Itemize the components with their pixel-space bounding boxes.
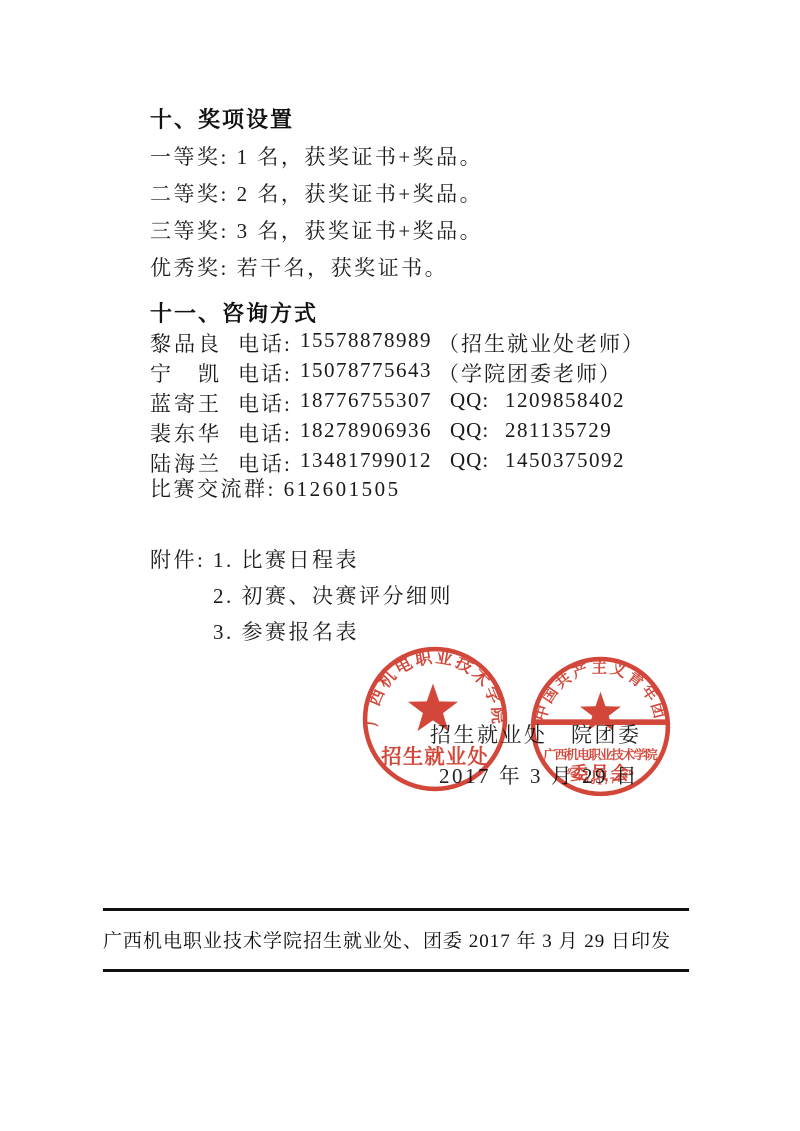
consult-heading: 十一、咨询方式 (150, 297, 318, 328)
contact-qq-label: QQ: (450, 448, 489, 473)
attachments-label: 附件: (150, 544, 205, 574)
seal-youth-league: 中国共产主义青年团 广西机电职业技术学院 委员会 81000177344 (529, 654, 672, 800)
contact-qq-label: QQ: (450, 418, 489, 443)
contact-phone: 18278906936 (300, 418, 432, 443)
award-line-4: 优秀奖: 若干名，获奖证书。 (150, 253, 448, 283)
contact-note: （招生就业处老师） (438, 328, 645, 358)
contact-name: 宁 凯 (150, 358, 222, 388)
awards-heading: 十、奖项设置 (150, 103, 294, 134)
contact-qq: 1450375092 (505, 448, 625, 473)
contact-name: 黎品良 (150, 328, 222, 358)
award-line-3: 三等奖: 3 名，获奖证书+奖品。 (150, 216, 483, 246)
attachment-item-3: 3. 参赛报名表 (213, 616, 359, 646)
contact-phone: 15578878989 (300, 328, 432, 353)
contact-phone-label: 电话: (238, 358, 292, 388)
contact-name: 蓝寄王 (150, 388, 222, 418)
attachment-item-1: 1. 比赛日程表 (213, 544, 359, 574)
contact-phone: 15078775643 (300, 358, 432, 383)
footer-rule-top (103, 908, 689, 911)
document-page: 十、奖项设置 一等奖: 1 名，获奖证书+奖品。 二等奖: 2 名，获奖证书+奖… (0, 0, 800, 1131)
contact-qq: 1209858402 (505, 388, 625, 413)
seal-bottom-text: 招生就业处 (381, 745, 488, 769)
contact-phone-label: 电话: (238, 418, 292, 448)
contact-qq: 281135729 (505, 418, 612, 443)
contact-qq-label: QQ: (450, 388, 489, 413)
seal-org-line: 广西机电职业技术学院 (543, 747, 658, 762)
contact-phone-label: 电话: (238, 328, 292, 358)
award-line-1: 一等奖: 1 名，获奖证书+奖品。 (150, 142, 483, 172)
footer-rule-bottom (103, 969, 689, 972)
attachment-item-2: 2. 初赛、决赛评分细则 (213, 580, 453, 610)
contact-note: （学院团委老师） (438, 358, 622, 388)
award-line-2: 二等奖: 2 名，获奖证书+奖品。 (150, 179, 483, 209)
contact-phone-label: 电话: (238, 388, 292, 418)
seal-admissions-office: 广西机电职业技术学院 招生就业处 (358, 645, 512, 793)
contact-phone: 13481799012 (300, 448, 432, 473)
star-icon (408, 684, 458, 732)
footer-imprint: 广西机电职业技术学院招生就业处、团委 2017 年 3 月 29 日印发 (103, 926, 671, 953)
contact-name: 裴东华 (150, 418, 222, 448)
group-chat-line: 比赛交流群: 612601505 (150, 474, 401, 504)
contact-phone: 18776755307 (300, 388, 432, 413)
